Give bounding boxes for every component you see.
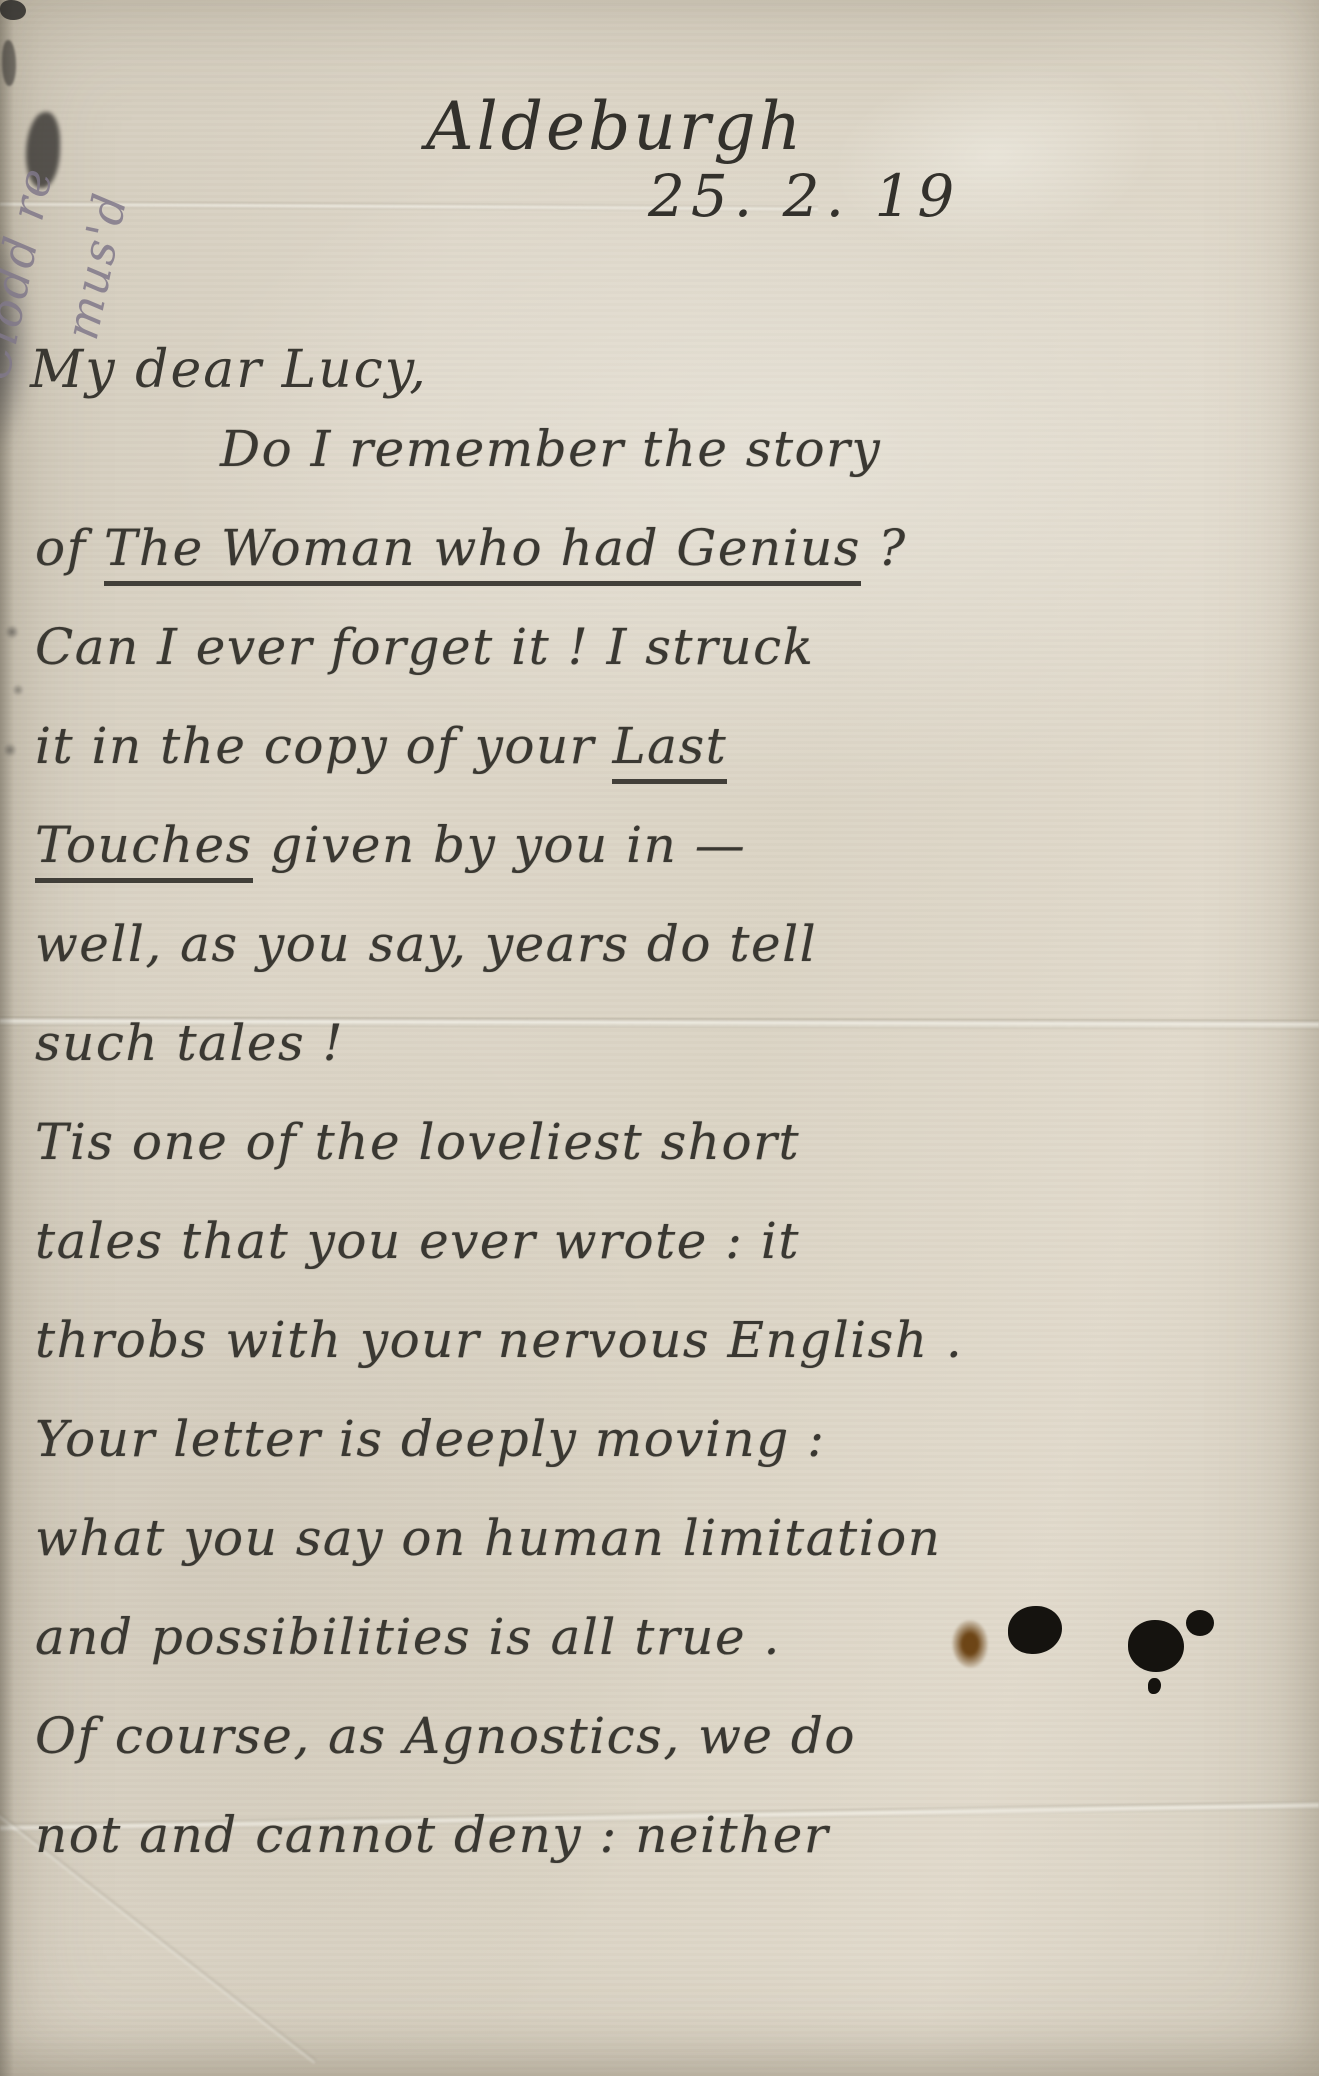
letter-line: Tis one of the loveliest short xyxy=(35,1113,1299,1212)
letter-line: well, as you say, years do tell xyxy=(35,915,1299,1014)
letter-text: tales that you ever wrote : it xyxy=(35,1212,800,1270)
letter-text: it in the copy of your xyxy=(35,717,612,775)
letter-text: not and cannot deny : neither xyxy=(35,1806,829,1864)
letter-line: Your letter is deeply moving : xyxy=(35,1410,1299,1509)
letter-text: given by you in — xyxy=(253,816,747,874)
letter-line: Do I remember the story xyxy=(35,420,1299,519)
underlined-title-text: Touches xyxy=(35,818,253,883)
letter-text: such tales ! xyxy=(35,1014,344,1072)
letter-line: Touches given by you in — xyxy=(35,816,1299,915)
letter-line: throbs with your nervous English . xyxy=(35,1311,1299,1410)
salutation: My dear Lucy, xyxy=(30,340,428,400)
edge-specks xyxy=(4,620,30,770)
letter-text: Of course, as Agnostics, we do xyxy=(35,1707,856,1765)
letter-text: Can I ever forget it ! I struck xyxy=(35,618,814,676)
letter-line: and possibilities is all true . xyxy=(35,1608,1299,1707)
letter-text: throbs with your nervous English . xyxy=(35,1311,963,1369)
date-line: 25. 2. 19 xyxy=(648,162,960,230)
letter-text: Do I remember the story xyxy=(220,420,881,478)
letter-lines: Do I remember the storyof The Woman who … xyxy=(35,420,1299,1905)
letter-line: Can I ever forget it ! I struck xyxy=(35,618,1299,717)
letter-text: what you say on human limitation xyxy=(35,1509,941,1567)
ink-smudge xyxy=(2,40,16,86)
letter-text: of xyxy=(35,519,104,577)
letter-line: what you say on human limitation xyxy=(35,1509,1299,1608)
letter-line: tales that you ever wrote : it xyxy=(35,1212,1299,1311)
letter-line: Of course, as Agnostics, we do xyxy=(35,1707,1299,1806)
ink-stain-brown xyxy=(952,1620,988,1668)
letter-line: of The Woman who had Genius ? xyxy=(35,519,1299,618)
letter-line: it in the copy of your Last xyxy=(35,717,1299,816)
letter-text: Your letter is deeply moving : xyxy=(35,1410,825,1468)
letter-text: Tis one of the loveliest short xyxy=(35,1113,800,1171)
ink-smudge xyxy=(0,0,26,20)
underlined-title-text: The Woman who had Genius xyxy=(104,521,861,586)
ink-blot xyxy=(1186,1610,1214,1636)
place-heading: Aldeburgh xyxy=(426,88,804,165)
letter-text: ? xyxy=(861,519,907,577)
letter-text: well, as you say, years do tell xyxy=(35,915,817,973)
letter-page: Clodd re mus'd Aldeburgh 25. 2. 19 My de… xyxy=(0,0,1319,2076)
ink-blot xyxy=(1128,1620,1184,1672)
underlined-title-text: Last xyxy=(612,719,727,784)
letter-text: and possibilities is all true . xyxy=(35,1608,781,1666)
letter-line: such tales ! xyxy=(35,1014,1299,1113)
letter-line: not and cannot deny : neither xyxy=(35,1806,1299,1905)
paper-highlight xyxy=(818,38,1171,272)
